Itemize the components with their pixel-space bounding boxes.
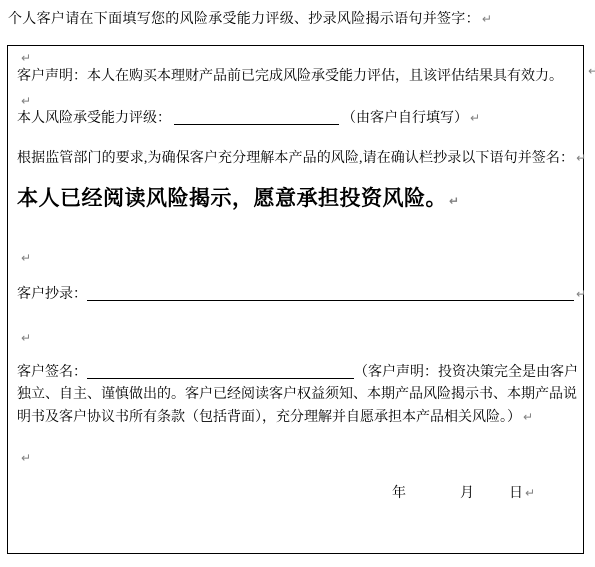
date-line: 年月日↵ <box>392 482 535 505</box>
document-page: 个人客户请在下面填写您的风险承受能力评级、抄录风险揭示语句并签字：↵ ↵ ↵ 客… <box>0 0 595 567</box>
paragraph-mark-icon: ↵ <box>21 251 31 265</box>
risk-statement-text: 本人已经阅读风险揭示，愿意承担投资风险。 <box>17 186 447 210</box>
paragraph-mark-icon: ↵ <box>21 94 31 108</box>
paragraph-mark-icon: ↵ <box>576 287 586 301</box>
date-day-label: 日 <box>509 486 523 501</box>
paragraph-mark-icon: ↵ <box>21 451 31 465</box>
intro-text: 个人客户请在下面填写您的风险承受能力评级、抄录风险揭示语句并签字： <box>8 12 480 27</box>
signature-label: 客户签名： <box>17 365 87 380</box>
rating-note: （由客户自行填写） <box>342 111 468 126</box>
date-year-label: 年 <box>392 486 406 501</box>
paragraph-mark-icon: ↵ <box>482 12 492 26</box>
risk-statement-line: 本人已经阅读风险揭示，愿意承担投资风险。↵ <box>17 187 460 212</box>
paragraph-mark-icon: ↵ <box>525 486 535 500</box>
paragraph-mark-icon: ↵ <box>21 331 31 345</box>
paragraph-mark-icon: ↵ <box>449 194 460 208</box>
intro-paragraph: 个人客户请在下面填写您的风险承受能力评级、抄录风险揭示语句并签字：↵ <box>8 8 492 28</box>
empty-paragraph: ↵ <box>19 327 31 350</box>
paragraph-mark-icon: ↵ <box>470 111 480 125</box>
instruction-line: 根据监管部门的要求,为确保客户充分理解本产品的风险,请在确认栏抄录以下语句并签名… <box>17 147 586 170</box>
signature-paragraph: 客户签名：（客户声明：投资决策完全是由客户独立、自主、谨慎做出的。客户已经阅读客… <box>17 362 582 429</box>
declaration-box: ↵ 客户声明：本人在购买本理财产品前已完成风险承受能力评估，且该评估结果具有效力… <box>7 45 584 554</box>
paragraph-mark-icon: ↵ <box>21 51 31 65</box>
date-month-label: 月 <box>460 486 474 501</box>
rating-input-line[interactable] <box>174 110 339 125</box>
rating-label: 本人风险承受能力评级： <box>17 111 171 126</box>
paragraph-mark-icon: ↵ <box>576 151 586 165</box>
empty-paragraph: ↵ <box>19 447 31 470</box>
instruction-text: 根据监管部门的要求,为确保客户充分理解本产品的风险,请在确认栏抄录以下语句并签名… <box>17 151 574 166</box>
customer-declaration-text: 客户声明：本人在购买本理财产品前已完成风险承受能力评估，且该评估结果具有效力。 <box>17 66 563 88</box>
paragraph-mark-icon: ↵ <box>523 410 533 424</box>
paragraph-mark-icon: ↵ <box>588 64 595 78</box>
copy-input-line[interactable] <box>87 286 574 301</box>
copy-line: 客户抄录：↵ <box>17 283 586 306</box>
signature-input-line[interactable] <box>87 364 354 379</box>
rating-line: 本人风险承受能力评级：（由客户自行填写）↵ <box>17 107 480 130</box>
empty-paragraph: ↵ <box>19 247 31 270</box>
copy-label: 客户抄录： <box>17 287 87 302</box>
